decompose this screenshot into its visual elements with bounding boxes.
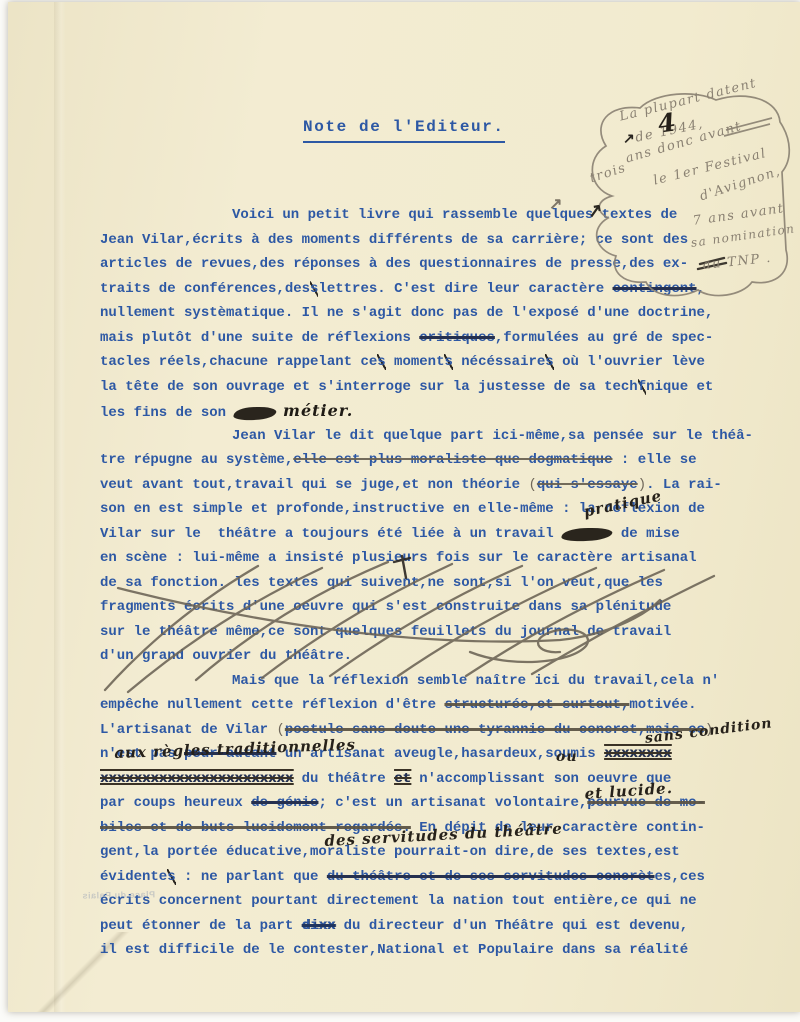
typescript-line-10: Jean Vilar le dit quelque part ici-même,… [232, 426, 753, 446]
typed-segment: , [697, 281, 705, 297]
typed-segment: de génie [251, 795, 318, 811]
typed-segment: écrits concernent pourtant directement l… [100, 893, 697, 909]
typed-segment: d'un grand ouvrier du théâtre. [100, 648, 352, 664]
typed-segment: nique et [646, 379, 713, 395]
typed-segment: moment [386, 354, 445, 370]
typed-segment: motivée. [629, 697, 696, 713]
typescript-line-31: il est difficile de le contester,Nationa… [100, 940, 688, 960]
typed-segment: structurée,et surtout, [444, 697, 629, 713]
typed-segment: par coups heureux [100, 795, 251, 811]
manuscript-page: Note de l'Editeur. Place du Palais Voici… [8, 2, 800, 1012]
typescript-line-5: nullement systèmatique. Il ne s'agit don… [100, 303, 713, 323]
handwritten-word-ou: ou [556, 749, 578, 765]
pencil-arrow-icon: ↗ [549, 194, 562, 214]
typescript-line-11: tre répugne au système,elle est plus mor… [100, 450, 697, 470]
typed-segment: sur le théâtre même,ce sont quelques feu… [100, 624, 671, 640]
typed-segment: la tête de son ouvrage et s'interroge su… [100, 379, 638, 395]
typed-segment: Jean Vilar le dit quelque part ici-même,… [232, 428, 753, 444]
typed-segment: xxxxxx [560, 527, 614, 542]
typescript-line-2: Jean Vilar,écrits à des moments différen… [100, 230, 688, 250]
typed-segment: : ne parlant que [176, 869, 327, 885]
typescript-line-30: peut étonner de la part dixx du directeu… [100, 916, 688, 936]
typed-segment: veut avant tout,travail qui se juge,et n… [100, 477, 528, 493]
typed-segment: lettres. C'est dire leur caractère [318, 281, 612, 297]
margin-note-line-3: trois [588, 160, 628, 186]
typed-segment: articles de revues,des réponses à des qu… [100, 256, 688, 272]
typed-segment: tacles réels,chacune rappelant ce [100, 354, 377, 370]
typed-segment: Vilar sur le théâtre a toujours été liée… [100, 526, 562, 542]
typescript-line-21: empêche nullement cette réflexion d'être… [100, 695, 697, 715]
typed-segment: tre répugne au système, [100, 452, 293, 468]
typed-segment: f [638, 379, 646, 395]
typed-segment: xxxxx [233, 406, 278, 420]
typescript-line-16: de sa fonction. les textes qui suivent,n… [100, 573, 663, 593]
typed-segment: critiques [419, 330, 495, 346]
typed-segment: elle est plus moraliste que dogmatique [293, 452, 612, 468]
typed-segment: mais plutôt d'une suite de réflexions [100, 330, 419, 346]
handwritten-numeral-4: 4 [656, 107, 678, 138]
typescript-line-7: tacles réels,chacune rappelant ces momen… [100, 352, 705, 372]
typed-segment: s [545, 354, 553, 370]
typed-segment: s [167, 869, 175, 885]
typescript-line-6: mais plutôt d'une suite de réflexions cr… [100, 328, 713, 348]
typed-segment: les fins de son [100, 405, 234, 421]
typed-segment: ( [276, 722, 284, 738]
scanned-manuscript-photo: { "page": { "title": "Note de l'Editeur.… [0, 0, 800, 1022]
typed-segment: contingent [613, 281, 697, 297]
typed-segment: qui s'essaye [537, 477, 638, 493]
handwritten-correction: métier. [276, 401, 353, 420]
typed-segment: empêche nullement cette réflexion d'être [100, 697, 444, 713]
typed-segment: : elle se [613, 452, 697, 468]
typed-segment: L'artisanat de Vilar [100, 722, 276, 738]
typed-segment: Jean Vilar,écrits à des moments différen… [100, 232, 688, 248]
typed-segment: traits de conférences,des [100, 281, 310, 297]
margin-note-line-1: La plupart datent [618, 76, 759, 125]
typed-segment: peut étonner de la part [100, 918, 302, 934]
typescript-line-19: d'un grand ouvrier du théâtre. [100, 646, 352, 666]
typed-segment: nullement systèmatique. Il ne s'agit don… [100, 305, 713, 321]
typed-segment: xxxxxxxxxxxxxxxxxxxxxxx [100, 771, 293, 787]
typed-segment: et [394, 771, 411, 787]
page-title: Note de l'Editeur. [303, 118, 505, 143]
typed-segment: ; c'est un artisanat volontaire, [318, 795, 587, 811]
typed-segment: dixx [302, 918, 336, 934]
typed-segment: évidente [100, 869, 167, 885]
typescript-line-22: L'artisanat de Vilar (postule sans doute… [100, 720, 713, 740]
ink-arrow-icon: ↗ [586, 199, 605, 222]
typed-segment: de sa fonction. les textes qui suivent,n… [100, 575, 663, 591]
typed-segment: ,formulées au gré de spec- [495, 330, 713, 346]
typed-segment: es,ces [655, 869, 705, 885]
typescript-line-20: Mais que la réflexion semble naître ici … [232, 671, 719, 691]
typescript-line-4: traits de conférences,desslettres. C'est… [100, 279, 705, 299]
paper-fold-line [54, 2, 66, 1012]
ink-arrow-small-icon: ↗ [623, 130, 635, 147]
typed-segment: de mise [613, 526, 680, 542]
typed-segment: Mais que la réflexion semble naître ici … [232, 673, 719, 689]
typescript-line-28: évidentes : ne parlant que du théâtre et… [100, 867, 705, 887]
typed-segment: ( [528, 477, 536, 493]
typed-segment: du théâtre et de ses servitudes concrèt [327, 869, 655, 885]
typed-segment: s [444, 354, 452, 370]
typed-segment: Voici un petit livre qui rassemble quelq… [232, 207, 677, 223]
typed-segment: xxxxxxxx [604, 746, 671, 762]
typed-segment: du directeur d'un Théâtre qui est devenu… [335, 918, 688, 934]
margin-note-line-9: au TNP . [702, 251, 773, 273]
typescript-line-18: sur le théâtre même,ce sont quelques feu… [100, 622, 671, 642]
typescript-line-29: écrits concernent pourtant directement l… [100, 891, 697, 911]
typescript-line-9: les fins de son xxxxx métier. [100, 401, 353, 423]
typed-segment: fragments écrits d'une oeuvre qui s'est … [100, 599, 671, 615]
typed-segment: nécéssaire [453, 354, 545, 370]
typed-segment: s [377, 354, 385, 370]
typed-segment: il est difficile de le contester,Nationa… [100, 942, 688, 958]
typescript-line-14: Vilar sur le théâtre a toujours été liée… [100, 524, 680, 544]
typescript-line-15: en scène : lui-même a insisté plusieurs … [100, 548, 697, 568]
typed-segment: en scène : lui-même a insisté plusieurs … [100, 550, 697, 566]
typescript-line-1: Voici un petit livre qui rassemble quelq… [232, 205, 677, 225]
typed-segment: du théâtre [293, 771, 394, 787]
typed-segment: où l'ouvrier lève [554, 354, 705, 370]
typescript-line-8: la tête de son ouvrage et s'interroge su… [100, 377, 713, 397]
typescript-line-17: fragments écrits d'une oeuvre qui s'est … [100, 597, 671, 617]
typescript-line-3: articles de revues,des réponses à des qu… [100, 254, 688, 274]
